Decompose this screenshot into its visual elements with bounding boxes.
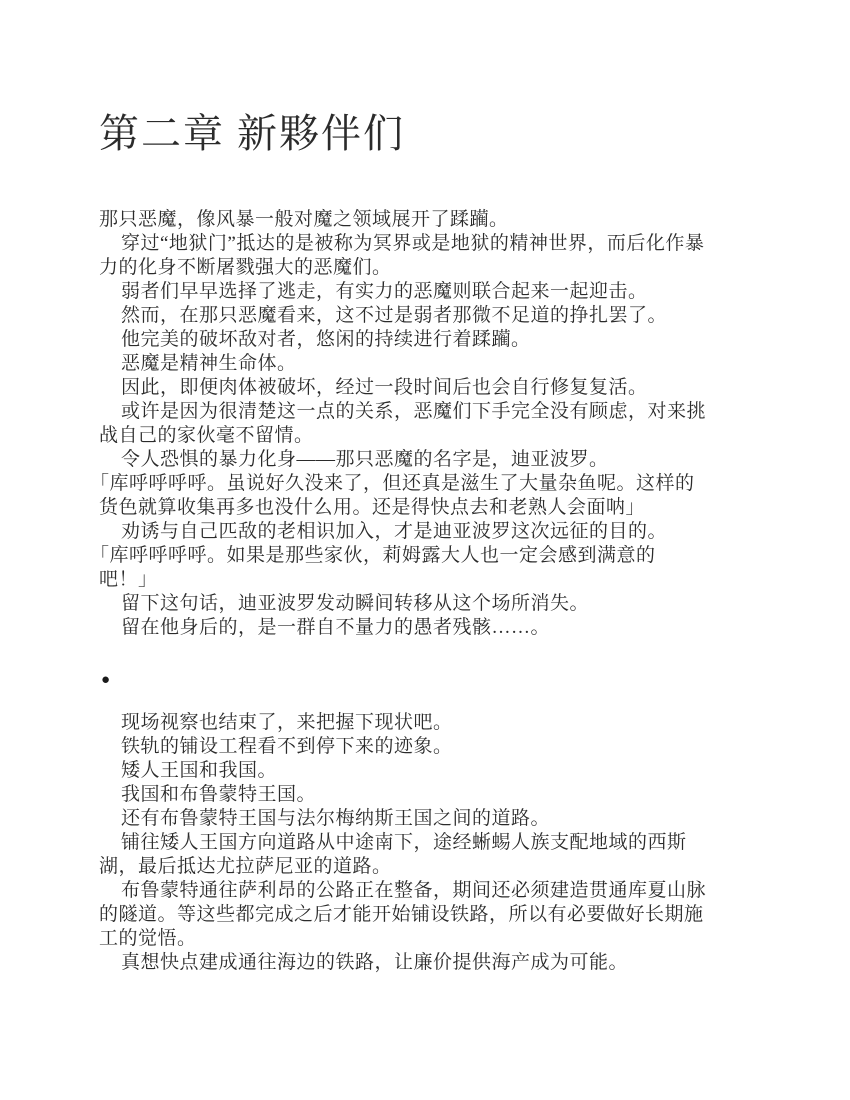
chapter-title: 第二章 新夥伴们	[99, 110, 405, 158]
text-line: 我国和布鲁蒙特王国。	[99, 783, 779, 807]
text-line: 「库呼呼呼呼。虽说好久没来了，但还真是滋生了大量杂鱼呢。这样的	[90, 472, 779, 496]
text-line: 布鲁蒙特通往萨利昂的公路正在整备，期间还必须建造贯通库夏山脉	[99, 879, 779, 903]
text-line: 或许是因为很清楚这一点的关系，恶魔们下手完全没有顾虑，对来挑	[99, 400, 779, 424]
text-line: 力的化身不断屠戮强大的恶魔们。	[99, 256, 779, 280]
section-separator-bullet: ●	[101, 668, 110, 692]
text-line: 他完美的破坏敌对者，悠闲的持续进行着蹂躏。	[99, 328, 779, 352]
text-line: 「库呼呼呼呼。如果是那些家伙，莉姆露大人也一定会感到满意的	[90, 544, 779, 568]
text-line: 还有布鲁蒙特王国与法尔梅纳斯王国之间的道路。	[99, 807, 779, 831]
text-line: 工的觉悟。	[99, 927, 779, 951]
text-line: 恶魔是精神生命体。	[99, 352, 779, 376]
text-line: 湖，最后抵达尤拉萨尼亚的道路。	[99, 855, 779, 879]
text-line: 现场视察也结束了，来把握下现状吧。	[99, 711, 779, 735]
text-line: 货色就算收集再多也没什么用。还是得快点去和老熟人会面呐」	[99, 496, 779, 520]
section-status-review: 现场视察也结束了，来把握下现状吧。铁轨的铺设工程看不到停下来的迹象。矮人王国和我…	[99, 711, 779, 975]
text-line: 铺往矮人王国方向道路从中途南下，途经蜥蜴人族支配地域的西斯	[99, 831, 779, 855]
text-line: 令人恐惧的暴力化身——那只恶魔的名字是，迪亚波罗。	[99, 448, 779, 472]
section-demon-rampage: 那只恶魔，像风暴一般对魔之领域展开了蹂躏。穿过“地狱门”抵达的是被称为冥界或是地…	[99, 208, 779, 640]
text-line: 劝诱与自己匹敌的老相识加入，才是迪亚波罗这次远征的目的。	[99, 520, 779, 544]
text-line: 矮人王国和我国。	[99, 759, 779, 783]
text-line: 那只恶魔，像风暴一般对魔之领域展开了蹂躏。	[99, 208, 779, 232]
book-page: 第二章 新夥伴们 那只恶魔，像风暴一般对魔之领域展开了蹂躏。穿过“地狱门”抵达的…	[0, 0, 850, 1100]
text-line: 因此，即便肉体被破坏，经过一段时间后也会自行修复复活。	[99, 376, 779, 400]
text-line: 的隧道。等这些都完成之后才能开始铺设铁路，所以有必要做好长期施	[99, 903, 779, 927]
text-line: 铁轨的铺设工程看不到停下来的迹象。	[99, 735, 779, 759]
text-line: 穿过“地狱门”抵达的是被称为冥界或是地狱的精神世界，而后化作暴	[99, 232, 779, 256]
text-line: 真想快点建成通往海边的铁路，让廉价提供海产成为可能。	[99, 951, 779, 975]
text-line: 战自己的家伙毫不留情。	[99, 424, 779, 448]
text-line: 吧！」	[99, 568, 779, 592]
text-line: 留下这句话，迪亚波罗发动瞬间转移从这个场所消失。	[99, 592, 779, 616]
text-line: 留在他身后的，是一群自不量力的愚者残骸……。	[99, 616, 779, 640]
text-line: 弱者们早早选择了逃走，有实力的恶魔则联合起来一起迎击。	[99, 280, 779, 304]
text-line: 然而，在那只恶魔看来，这不过是弱者那微不足道的挣扎罢了。	[99, 304, 779, 328]
